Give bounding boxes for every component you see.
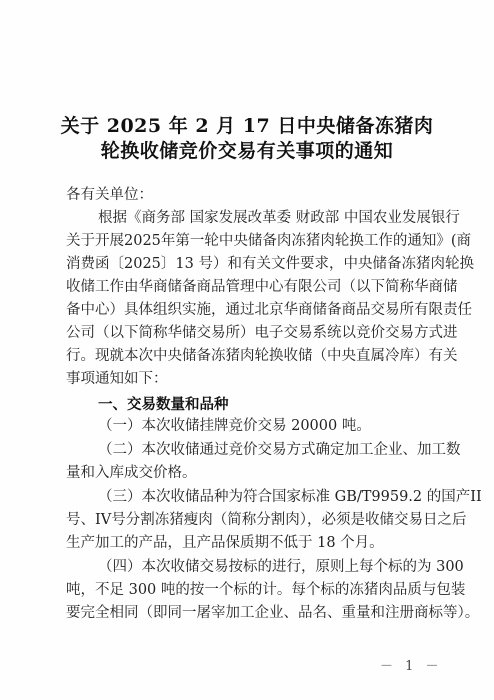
item-2-line: （二）本次收储通过竞价交易方式确定加工企业、加工数 (98, 441, 430, 459)
item-1-line: （一）本次收储挂牌竞价交易 20000 吨。 (98, 417, 430, 435)
intro-line: 关于开展2025年第一轮中央储备肉冻猪肉轮换工作的通知》(商 (66, 232, 430, 250)
item-2-line: 量和入库成交价格。 (66, 464, 430, 482)
page-number: － 1 － (380, 655, 443, 674)
item-4-line: 要完全相同（即同一屠宰加工企业、品名、重量和注册商标等）。 (66, 604, 430, 622)
section-heading: 一、交易数量和品种 (98, 393, 229, 414)
item-4-line: （四）本次收储交易按标的进行，原则上每个标的为 300 (98, 558, 430, 576)
intro-line: 消费函〔2025〕13 号）和有关文件要求，中央储备冻猪肉轮换 (66, 255, 430, 273)
intro-line: 事项通知如下： (66, 370, 430, 388)
item-3-line: （三）本次收储品种为符合国家标准 GB/T9959.2 的国产II (98, 488, 430, 506)
intro-line: 行。现就本次中央储备冻猪肉轮换收储（中央直属冷库）有关 (66, 347, 430, 365)
document-page: 关于 2025 年 2 月 17 日中央储备冻猪肉 轮换收储竞价交易有关事项的通… (0, 0, 494, 700)
salutation: 各有关单位： (66, 186, 430, 204)
intro-line: 根据《商务部 国家发展改革委 财政部 中国农业发展银行 (98, 209, 430, 227)
document-title-line-2: 轮换收储竞价交易有关事项的通知 (0, 136, 494, 163)
intro-line: 公司（以下简称华储交易所）电子交易系统以竞价交易方式进 (66, 324, 430, 342)
document-title-line-1: 关于 2025 年 2 月 17 日中央储备冻猪肉 (0, 111, 494, 138)
intro-line: 备中心）具体组织实施，通过北京华商储备商品交易所有限责任 (66, 301, 430, 319)
item-3-line: 生产加工的产品，且产品保质期不低于 18 个月。 (66, 534, 430, 552)
item-3-line: 号、IV号分割冻猪瘦肉（简称分割肉），必须是收储交易日之后 (66, 511, 430, 529)
intro-line: 收储工作由华商储备商品管理中心有限公司（以下简称华商储 (66, 278, 430, 296)
item-4-line: 吨，不足 300 吨的按一个标的计。每个标的冻猪肉品质与包装 (66, 581, 430, 599)
